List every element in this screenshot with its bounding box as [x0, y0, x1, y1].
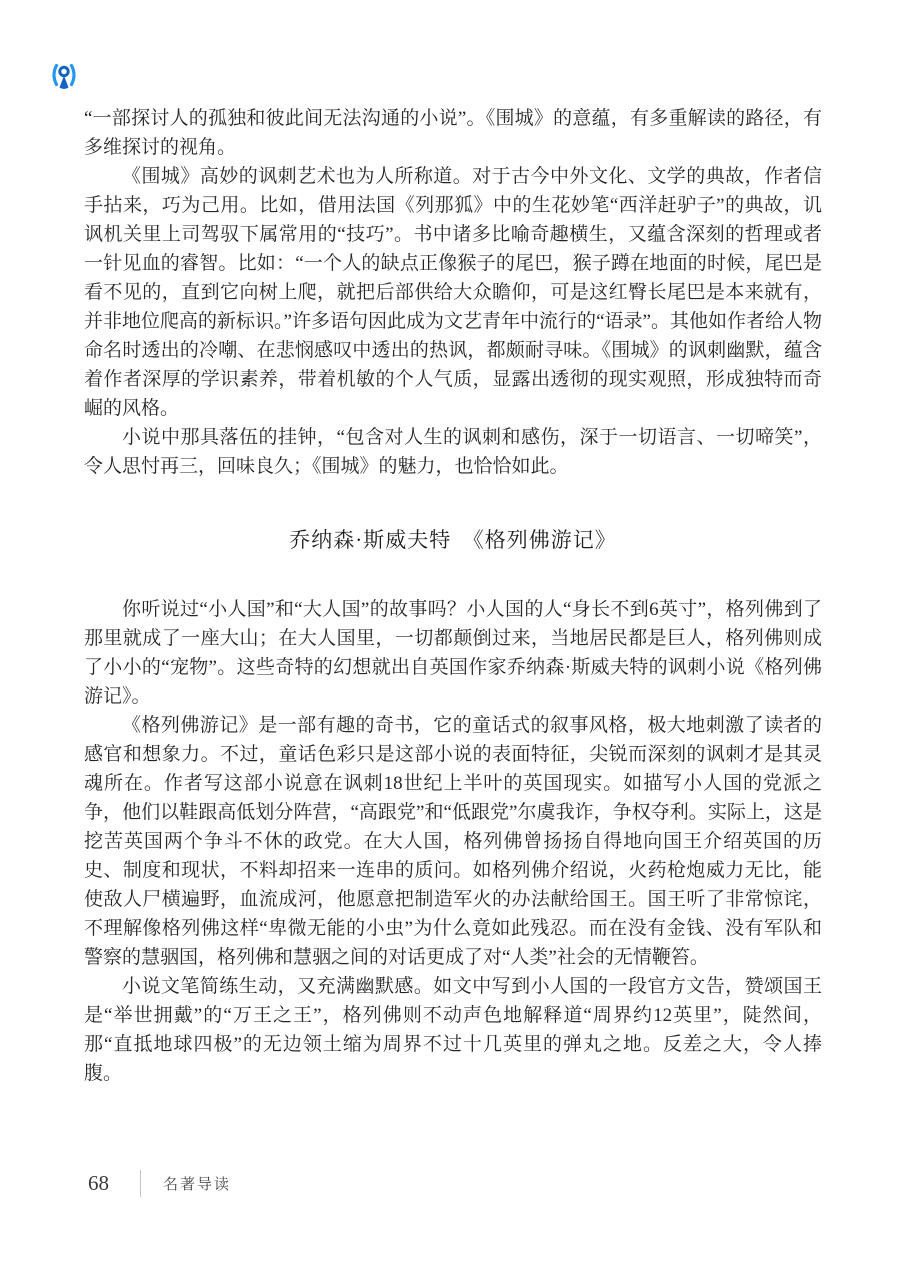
footer-divider — [140, 1170, 141, 1197]
section-heading-gulliver: 乔纳森·斯威夫特 《格列佛游记》 — [84, 525, 822, 555]
footer-section-label: 名著导读 — [163, 1173, 231, 1194]
page-text-block: “一部探讨人的孤独和彼此间无法沟通的小说”。《围城》的意蕴，有多重解读的路径，有… — [84, 104, 822, 1088]
paragraph-gulliver-satire: 《格列佛游记》是一部有趣的奇书，它的童话式的叙事风格，极大地刺激了读者的感官和想… — [84, 711, 822, 972]
paragraph-weicheng-conclusion-1: “一部探讨人的孤独和彼此间无法沟通的小说”。《围城》的意蕴，有多重解读的路径，有… — [84, 104, 822, 162]
paragraph-weicheng-satire: 《围城》高妙的讽刺艺术也为人所称道。对于古今中外文化、文学的典故，作者信手拈来，… — [84, 162, 822, 423]
paragraph-gulliver-intro: 你听说过“小人国”和“大人国”的故事吗？小人国的人“身长不到6英寸”，格列佛到了… — [84, 595, 822, 711]
reader-person-icon — [49, 60, 79, 93]
paragraph-weicheng-conclusion-2: 小说中那具落伍的挂钟，“包含对人生的讽刺和感伤，深于一切语言、一切啼笑”，令人思… — [84, 423, 822, 481]
textbook-page: “一部探讨人的孤独和彼此间无法沟通的小说”。《围城》的意蕴，有多重解读的路径，有… — [0, 0, 904, 1264]
page-number: 68 — [88, 1171, 116, 1196]
paragraph-gulliver-humor: 小说文笔简练生动，又充满幽默感。如文中写到小人国的一段官方文告，赞颂国王是“举世… — [84, 972, 822, 1088]
page-footer: 68 名著导读 — [88, 1168, 231, 1198]
